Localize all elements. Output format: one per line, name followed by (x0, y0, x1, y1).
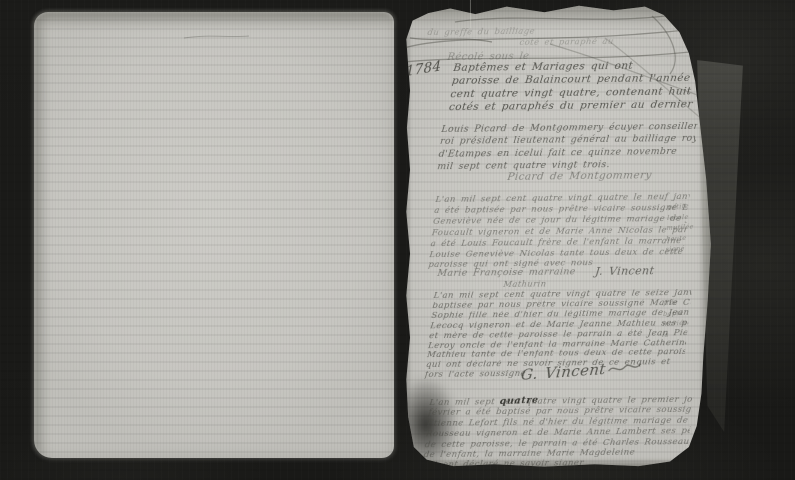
left-page-frayed-edge (34, 12, 50, 458)
attest-sub-name: Mathurin (503, 278, 547, 289)
margin-note: mariée (662, 318, 687, 330)
header-line: cotés et paraphés du premier au dernier … (448, 98, 699, 114)
act-line: qui ont déclaré ne savoir signer (422, 457, 687, 471)
margin-note: la (662, 329, 687, 341)
margin-note: signé (665, 243, 693, 255)
act4-paragraph: L'an mil sept cent quatre vingt quatre l… (422, 395, 694, 471)
left-page-top-smudge (34, 12, 394, 30)
margin-note: mutilée (666, 222, 694, 234)
act3-margin-notes: fillebaptemariéela (662, 297, 689, 341)
top-fragment: coté et paraphé au (519, 37, 614, 48)
right-page-crumpled-top (400, 2, 714, 28)
act4-overwritten-word: quatre (499, 395, 539, 407)
pencil-mark (34, 12, 394, 458)
attest-signature-right: J. Vincent (595, 264, 656, 278)
act2-margin-notes: petitelocalemutiléehautesigné (665, 201, 695, 256)
attest-names-left: Marie Françoise marraine (437, 266, 576, 279)
film-frame: du greffe du bailliage coté et paraphé a… (0, 0, 795, 480)
act1-paragraph: Louis Picard de Montgommery écuyer conse… (437, 121, 698, 173)
act1-signature: Picard de Montgommery (507, 169, 653, 183)
right-page: du greffe du bailliage coté et paraphé a… (400, 2, 714, 468)
register-header: Baptêmes et Mariages qui ontparoisse de … (448, 59, 704, 114)
act2-paragraph: L'an mil sept cent quatre vingt quatre l… (428, 192, 690, 272)
signature-flourish-icon (605, 359, 644, 376)
left-page (34, 12, 394, 458)
top-fragment: du greffe du bailliage (427, 27, 536, 38)
film-scratch (470, 0, 471, 28)
